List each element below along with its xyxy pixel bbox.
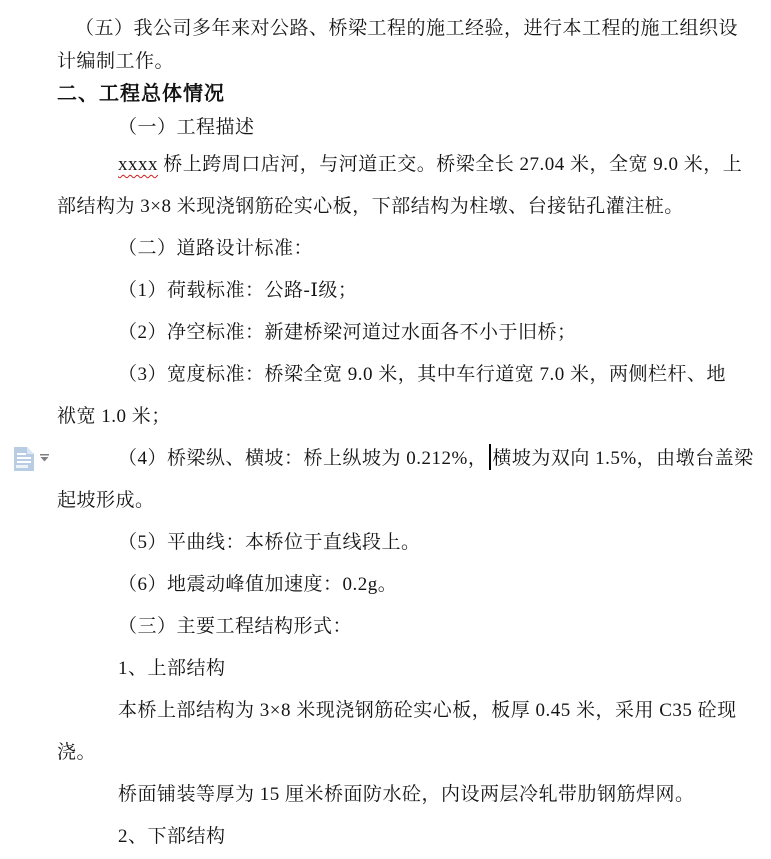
text-line: 桥面铺装等厚为 15 厘米桥面防水砼，内设两层冷轧带肋钢筋焊网。: [57, 774, 717, 816]
text-line: （五）我公司多年来对公路、桥梁工程的施工经验，进行本工程的施工组织设: [57, 12, 717, 45]
text-line: （1）荷载标准：公路-Ⅰ级；: [57, 270, 717, 312]
text-segment: （4）桥梁纵、横坡：桥上纵坡为 0.212%，: [118, 448, 487, 469]
text-segment: 横坡为双向 1.5%，由墩台盖梁: [492, 448, 753, 469]
paste-options-button[interactable]: [12, 445, 54, 473]
subsection-heading: （三）主要工程结构形式：: [57, 606, 717, 648]
text-line: 1、上部结构: [57, 648, 717, 690]
section-heading: 二、工程总体情况: [57, 78, 717, 111]
text-line: 部结构为 3×8 米现浇钢筋砼实心板，下部结构为柱墩、台接钻孔灌注桩。: [57, 186, 717, 228]
subsection-heading: （一）工程描述: [57, 111, 717, 144]
misspelled-word: xxxx: [118, 154, 158, 175]
text-line: （6）地震动峰值加速度：0.2g。: [57, 564, 717, 606]
text-line: 2、下部结构: [57, 816, 717, 858]
document-page: （五）我公司多年来对公路、桥梁工程的施工经验，进行本工程的施工组织设 计编制工作…: [0, 0, 771, 859]
text-line: xxxx 桥上跨周口店河，与河道正交。桥梁全长 27.04 米，全宽 9.0 米…: [57, 144, 717, 186]
text-line: （4）桥梁纵、横坡：桥上纵坡为 0.212%，横坡为双向 1.5%，由墩台盖梁: [57, 438, 717, 480]
text-line: 计编制工作。: [57, 45, 717, 78]
chevron-down-icon: [39, 454, 51, 462]
text-line: （3）宽度标准：桥梁全宽 9.0 米，其中车行道宽 7.0 米，两侧栏杆、地: [57, 354, 717, 396]
document-icon: [12, 445, 36, 473]
text-segment: 桥上跨周口店河，与河道正交。桥梁全长 27.04 米，全宽 9.0 米，上: [158, 154, 742, 175]
subsection-heading: （二）道路设计标准：: [57, 228, 717, 270]
text-line: 浇。: [57, 732, 717, 774]
text-line: 袱宽 1.0 米；: [57, 396, 717, 438]
text-line: （2）净空标准：新建桥梁河道过水面各不小于旧桥；: [57, 312, 717, 354]
text-line: 本桥上部结构为 3×8 米现浇钢筋砼实心板，板厚 0.45 米，采用 C35 砼…: [57, 690, 717, 732]
document-edit-area[interactable]: （五）我公司多年来对公路、桥梁工程的施工经验，进行本工程的施工组织设 计编制工作…: [57, 12, 717, 858]
text-line: （5）平曲线：本桥位于直线段上。: [57, 522, 717, 564]
text-line: 起坡形成。: [57, 480, 717, 522]
